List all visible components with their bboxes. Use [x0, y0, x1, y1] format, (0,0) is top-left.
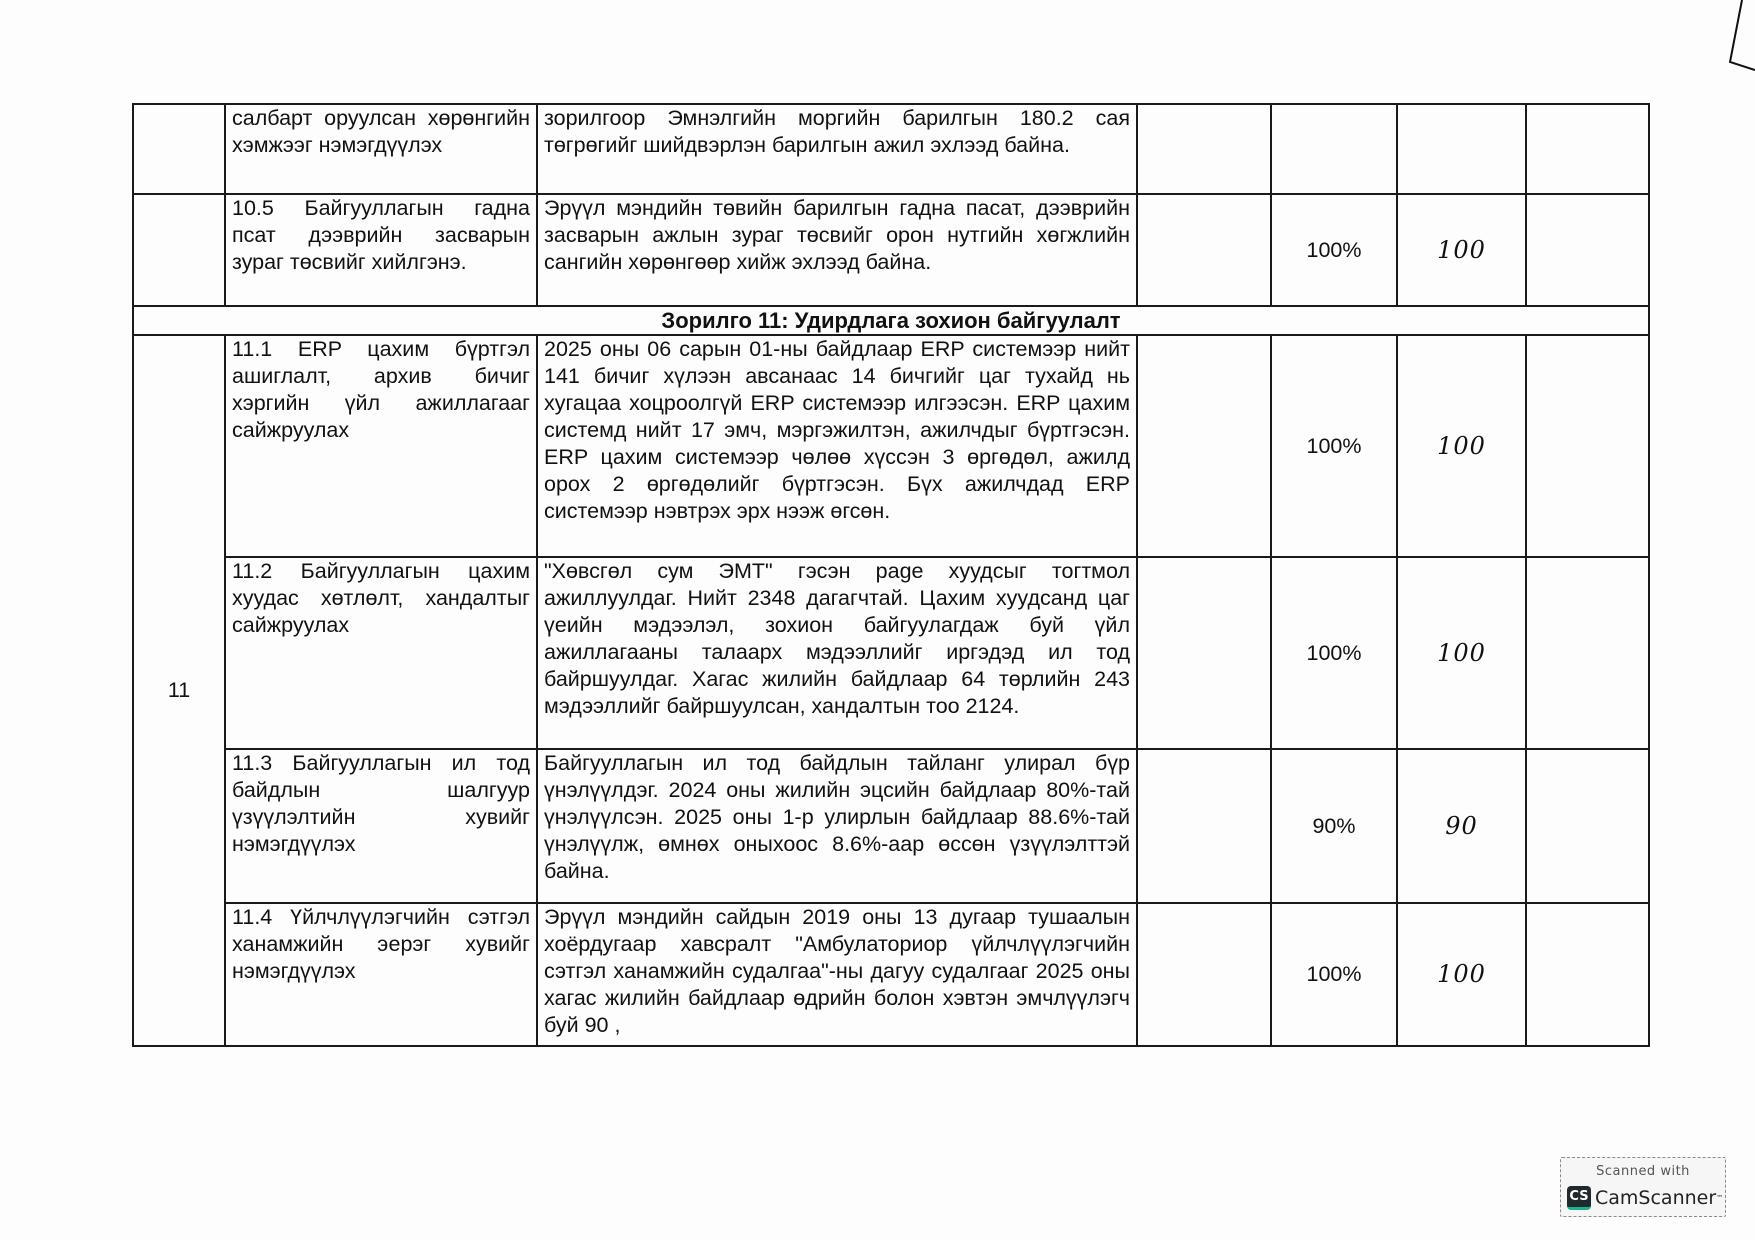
percent-cell: 100% — [1271, 194, 1397, 306]
empty-cell — [1137, 749, 1271, 903]
task-cell: салбарт оруулсан хөрөнгийн хэмжээг нэмэг… — [225, 104, 537, 194]
empty-cell — [1526, 749, 1649, 903]
table-row: 11.2 Байгууллагын цахим хуудас хөтлөлт, … — [133, 557, 1649, 749]
handwritten-corner-mark — [1700, 0, 1755, 85]
report-cell: зорилгоор Эмнэлгийн моргийн барилгын 180… — [537, 104, 1137, 194]
handwritten-score-cell: 90 — [1397, 749, 1526, 903]
table-row: 11.3 Байгууллагын ил тод байдлын шалгуур… — [133, 749, 1649, 903]
goal-header-row: Зорилго 11: Удирдлага зохион байгуулалт — [133, 306, 1649, 335]
empty-cell — [1526, 557, 1649, 749]
report-table: салбарт оруулсан хөрөнгийн хэмжээг нэмэг… — [132, 103, 1650, 1047]
goal-number-cell — [133, 104, 225, 194]
watermark-brand: CamScanner™ — [1595, 1185, 1723, 1211]
empty-cell — [1137, 335, 1271, 557]
goal-header: Зорилго 11: Удирдлага зохион байгуулалт — [133, 306, 1649, 335]
handwritten-score-cell: 100 — [1397, 557, 1526, 749]
percent-cell: 100% — [1271, 335, 1397, 557]
empty-cell — [1526, 903, 1649, 1046]
trademark-symbol: ™ — [1716, 1194, 1723, 1202]
empty-cell — [1526, 194, 1649, 306]
table-row: 11 11.1 ERP цахим бүртгэл ашиглалт, архи… — [133, 335, 1649, 557]
percent-cell: 90% — [1271, 749, 1397, 903]
percent-cell: 100% — [1271, 557, 1397, 749]
handwritten-score-cell — [1397, 104, 1526, 194]
percent-cell: 100% — [1271, 903, 1397, 1046]
goal-number-cell — [133, 194, 225, 306]
handwritten-score-cell: 100 — [1397, 194, 1526, 306]
report-cell: 2025 оны 06 сарын 01-ны байдлаар ERP сис… — [537, 335, 1137, 557]
report-cell: Эрүүл мэндийн төвийн барилгын гадна паса… — [537, 194, 1137, 306]
empty-cell — [1137, 194, 1271, 306]
empty-cell — [1137, 557, 1271, 749]
report-cell: Байгууллагын ил тод байдлын тайланг улир… — [537, 749, 1137, 903]
table-row: 11.4 Үйлчлүүлэгчийн сэтгэл ханамжийн эер… — [133, 903, 1649, 1046]
brand-name: CamScanner — [1595, 1187, 1716, 1209]
report-cell: "Хөвсгөл сум ЭМТ" гэсэн page хуудсыг тог… — [537, 557, 1137, 749]
task-cell: 11.1 ERP цахим бүртгэл ашиглалт, архив б… — [225, 335, 537, 557]
report-cell: Эрүүл мэндийн сайдын 2019 оны 13 дугаар … — [537, 903, 1137, 1046]
task-cell: 11.3 Байгууллагын ил тод байдлын шалгуур… — [225, 749, 537, 903]
table-row: салбарт оруулсан хөрөнгийн хэмжээг нэмэг… — [133, 104, 1649, 194]
camscanner-watermark: Scanned with CS CamScanner™ — [1560, 1157, 1726, 1217]
camscanner-logo-icon: CS — [1567, 1186, 1591, 1210]
empty-cell — [1137, 104, 1271, 194]
task-cell: 11.2 Байгууллагын цахим хуудас хөтлөлт, … — [225, 557, 537, 749]
table-row: 10.5 Байгууллагын гадна псат дээврийн за… — [133, 194, 1649, 306]
goal-number: 11 — [133, 335, 225, 1046]
handwritten-score-cell: 100 — [1397, 335, 1526, 557]
empty-cell — [1526, 104, 1649, 194]
task-cell: 10.5 Байгууллагын гадна псат дээврийн за… — [225, 194, 537, 306]
empty-cell — [1137, 903, 1271, 1046]
watermark-caption: Scanned with — [1561, 1164, 1725, 1179]
percent-cell — [1271, 104, 1397, 194]
handwritten-score-cell: 100 — [1397, 903, 1526, 1046]
task-cell: 11.4 Үйлчлүүлэгчийн сэтгэл ханамжийн эер… — [225, 903, 537, 1046]
empty-cell — [1526, 335, 1649, 557]
